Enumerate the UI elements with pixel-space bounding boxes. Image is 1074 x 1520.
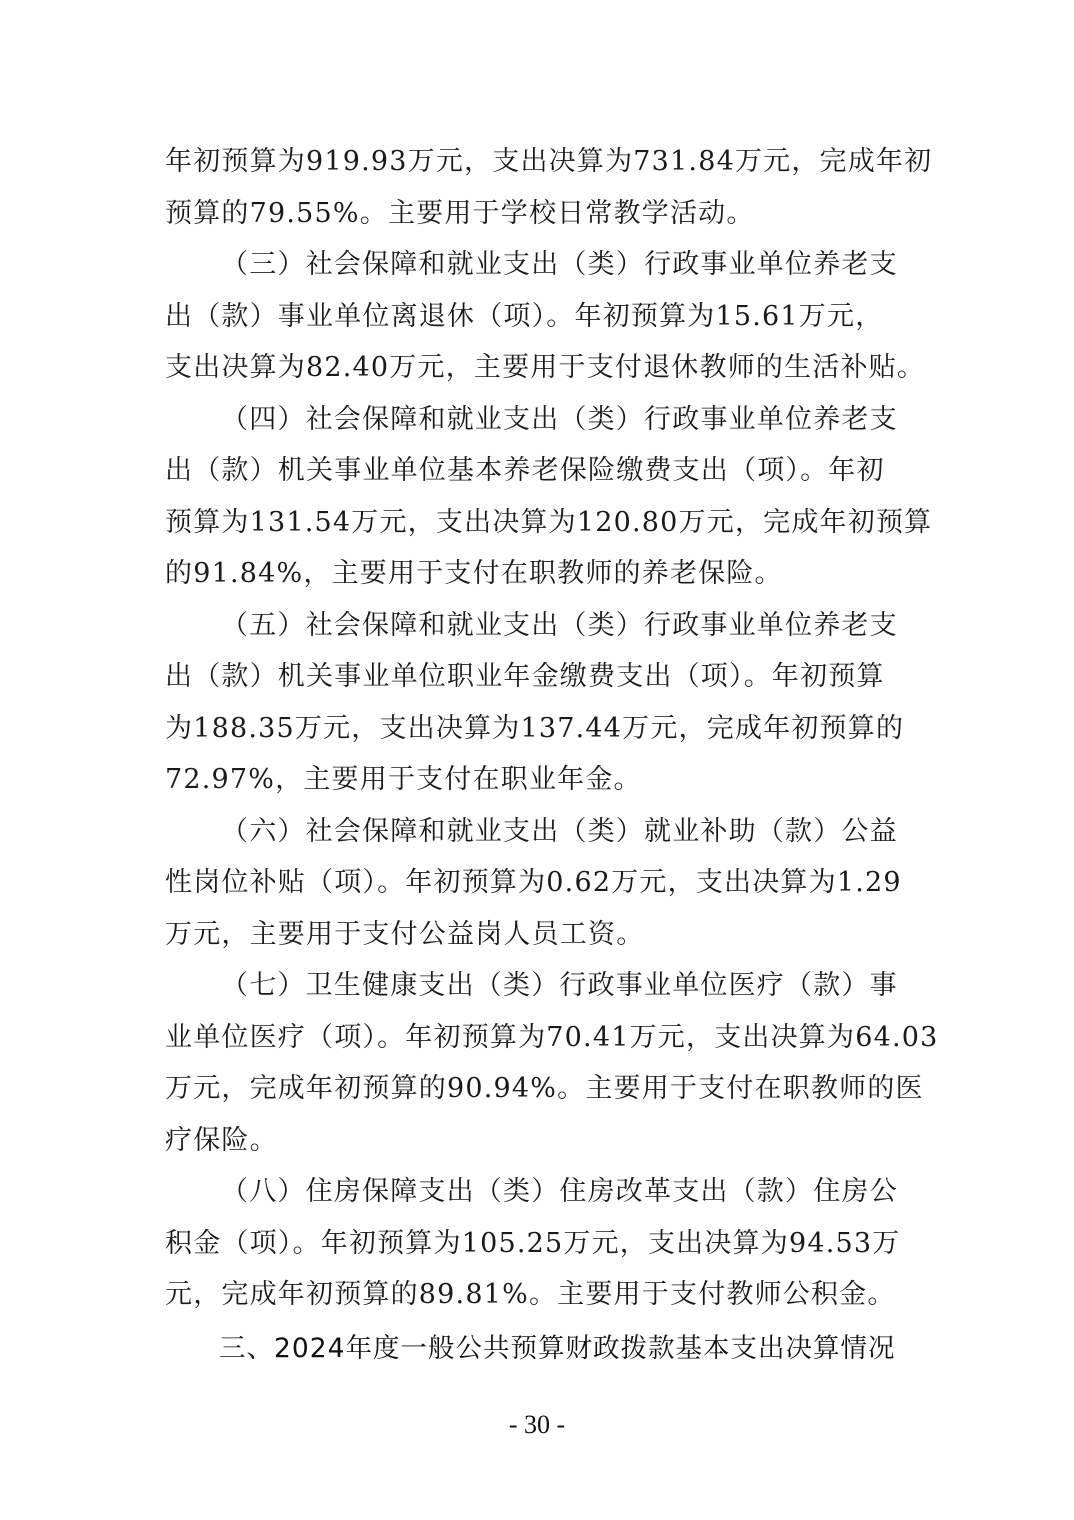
text-line: 元，完成年初预算的89.81%。主要用于支付教师公积金。 bbox=[165, 1269, 913, 1321]
text-line: 万元，完成年初预算的90.94%。主要用于支付在职教师的医 bbox=[165, 1063, 913, 1115]
text-line: 万元，主要用于支付公益岗人员工资。 bbox=[165, 909, 913, 961]
paragraph-continuation: 年初预算为919.93万元，支出决算为731.84万元，完成年初 预算的79.5… bbox=[165, 136, 913, 239]
text-line: （六）社会保障和就业支出（类）就业补助（款）公益 bbox=[165, 806, 913, 858]
paragraph-item-4: （四）社会保障和就业支出（类）行政事业单位养老支 出（款）机关事业单位基本养老保… bbox=[165, 394, 913, 600]
section-heading: 三、2024年度一般公共预算财政拨款基本支出决算情况 bbox=[165, 1321, 913, 1377]
text-line: 性岗位补贴（项）。年初预算为0.62万元，支出决算为1.29 bbox=[165, 857, 913, 909]
text-line: 出（款）事业单位离退休（项）。年初预算为15.61万元， bbox=[165, 291, 913, 343]
text-line: 预算为131.54万元，支出决算为120.80万元，完成年初预算 bbox=[165, 497, 913, 549]
paragraph-item-6: （六）社会保障和就业支出（类）就业补助（款）公益 性岗位补贴（项）。年初预算为0… bbox=[165, 806, 913, 961]
page-number: - 30 - bbox=[0, 1410, 1074, 1440]
text-line: 疗保险。 bbox=[165, 1115, 913, 1167]
text-line: 的91.84%，主要用于支付在职教师的养老保险。 bbox=[165, 548, 913, 600]
text-line: 为188.35万元，支出决算为137.44万元，完成年初预算的 bbox=[165, 703, 913, 755]
document-page-body: 年初预算为919.93万元，支出决算为731.84万元，完成年初 预算的79.5… bbox=[165, 136, 913, 1377]
text-line: （五）社会保障和就业支出（类）行政事业单位养老支 bbox=[165, 600, 913, 652]
paragraph-item-3: （三）社会保障和就业支出（类）行政事业单位养老支 出（款）事业单位离退休（项）。… bbox=[165, 239, 913, 394]
text-line: （四）社会保障和就业支出（类）行政事业单位养老支 bbox=[165, 394, 913, 446]
text-line: 预算的79.55%。主要用于学校日常教学活动。 bbox=[165, 188, 913, 240]
paragraph-item-8: （八）住房保障支出（类）住房改革支出（款）住房公 积金（项）。年初预算为105.… bbox=[165, 1166, 913, 1321]
text-line: （八）住房保障支出（类）住房改革支出（款）住房公 bbox=[165, 1166, 913, 1218]
text-line: （七）卫生健康支出（类）行政事业单位医疗（款）事 bbox=[165, 960, 913, 1012]
text-line: 业单位医疗（项）。年初预算为70.41万元，支出决算为64.03 bbox=[165, 1012, 913, 1064]
paragraph-item-7: （七）卫生健康支出（类）行政事业单位医疗（款）事 业单位医疗（项）。年初预算为7… bbox=[165, 960, 913, 1166]
text-line: 出（款）机关事业单位职业年金缴费支出（项）。年初预算 bbox=[165, 651, 913, 703]
text-line: 72.97%，主要用于支付在职业年金。 bbox=[165, 754, 913, 806]
text-line: 出（款）机关事业单位基本养老保险缴费支出（项）。年初 bbox=[165, 445, 913, 497]
text-line: 积金（项）。年初预算为105.25万元，支出决算为94.53万 bbox=[165, 1218, 913, 1270]
text-line: 支出决算为82.40万元，主要用于支付退休教师的生活补贴。 bbox=[165, 342, 913, 394]
text-line: 年初预算为919.93万元，支出决算为731.84万元，完成年初 bbox=[165, 136, 913, 188]
text-line: （三）社会保障和就业支出（类）行政事业单位养老支 bbox=[165, 239, 913, 291]
paragraph-item-5: （五）社会保障和就业支出（类）行政事业单位养老支 出（款）机关事业单位职业年金缴… bbox=[165, 600, 913, 806]
